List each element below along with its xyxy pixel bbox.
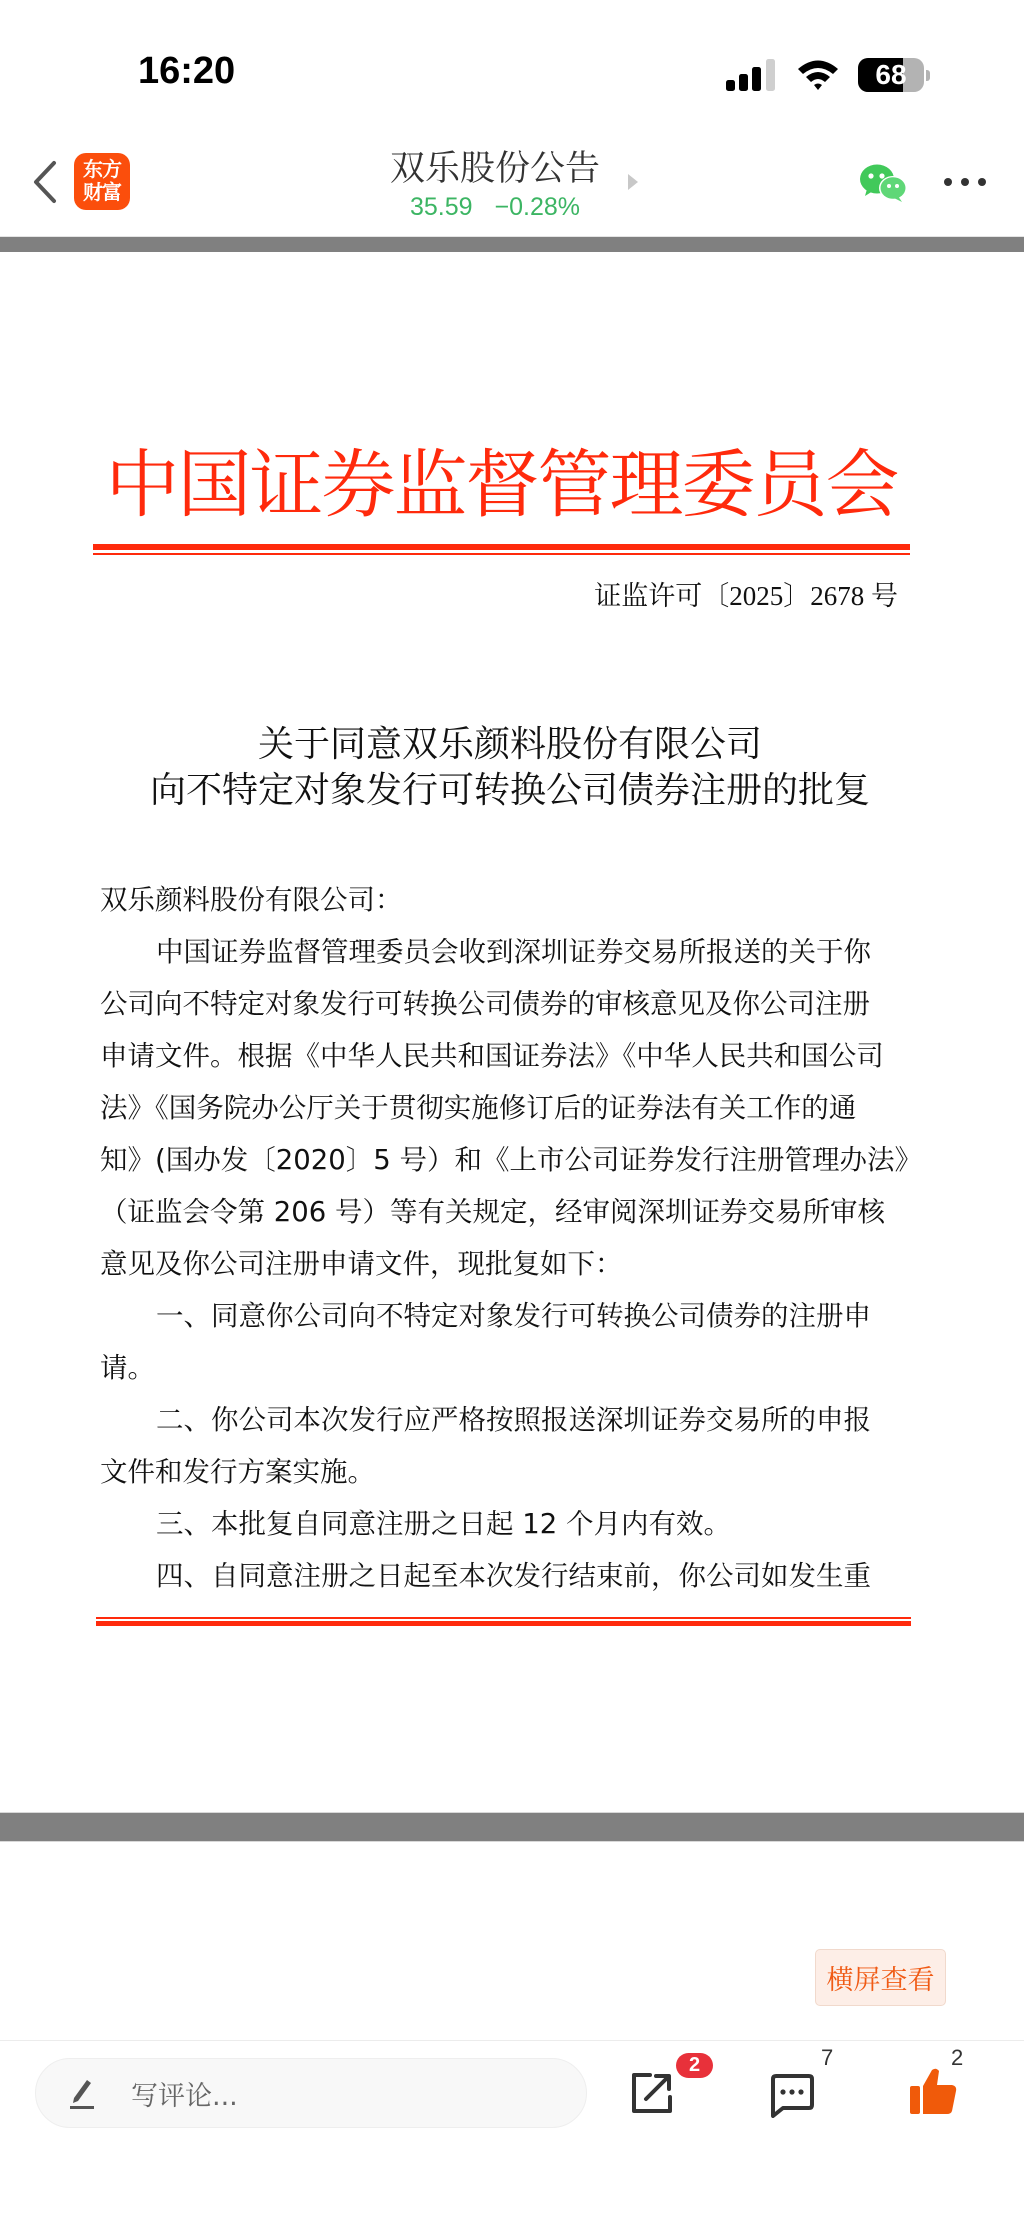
comment-input[interactable]: 写评论... — [35, 2058, 587, 2128]
bottom-bar-divider — [0, 2040, 1024, 2041]
chevron-left-icon[interactable] — [30, 160, 60, 204]
app-logo[interactable]: 东方 财富 — [74, 153, 130, 210]
status-time: 16:20 — [138, 50, 235, 93]
document-body: 双乐颜料股份有限公司： 中国证券监督管理委员会收到深圳证券交易所报送的关于你 公… — [100, 874, 912, 1602]
body-line: 法》《国务院办公厅关于贯彻实施修订后的证券法有关工作的通 — [100, 1082, 912, 1134]
body-line: 知》(国办发〔2020〕5 号）和《上市公司证券发行注册管理办法》 — [100, 1134, 912, 1186]
body-line: 中国证券监督管理委员会收到深圳证券交易所报送的关于你 — [100, 926, 912, 978]
body-line: 四、自同意注册之日起至本次发行结束前，你公司如发生重 — [100, 1550, 912, 1602]
share-badge: 2 — [676, 2053, 713, 2078]
body-line: 双乐颜料股份有限公司： — [100, 874, 912, 926]
cellular-signal-icon — [726, 58, 778, 92]
landscape-view-button[interactable]: 横屏查看 — [815, 1949, 946, 2006]
document-title-line1: 关于同意双乐颜料股份有限公司 — [80, 722, 940, 768]
body-line: 申请文件。根据《中华人民共和国证券法》《中华人民共和国公司 — [100, 1030, 912, 1082]
share-icon[interactable] — [630, 2071, 676, 2115]
body-line: 文件和发行方案实施。 — [100, 1446, 912, 1498]
body-line: 公司向不特定对象发行可转换公司债券的审核意见及你公司注册 — [100, 978, 912, 1030]
thumbs-up-icon[interactable] — [908, 2066, 958, 2116]
app-logo-line1: 东方 — [74, 158, 130, 181]
body-line: 一、同意你公司向不特定对象发行可转换公司债券的注册申 — [100, 1290, 912, 1342]
document-issuer: 中国证券监督管理委员会 — [93, 440, 910, 530]
wechat-icon[interactable] — [858, 163, 910, 203]
document-title: 关于同意双乐颜料股份有限公司 向不特定对象发行可转换公司债券注册的批复 — [80, 722, 940, 814]
like-count: 2 — [951, 2045, 963, 2071]
body-line: 意见及你公司注册申请文件，现批复如下： — [100, 1238, 912, 1290]
document-title-line2: 向不特定对象发行可转换公司债券注册的批复 — [80, 768, 940, 814]
status-icons: 68 — [726, 56, 930, 94]
pencil-icon — [68, 2076, 96, 2110]
comment-placeholder: 写评论... — [131, 2074, 238, 2113]
stock-quote[interactable]: 35.59−0.28% — [300, 193, 690, 222]
more-horizontal-icon[interactable] — [944, 172, 986, 192]
caret-right-icon[interactable] — [628, 174, 638, 190]
page-separator-bottom — [0, 1812, 1024, 1842]
comment-count: 7 — [821, 2045, 833, 2071]
battery-icon: 68 — [858, 58, 924, 92]
comment-icon[interactable] — [769, 2073, 815, 2118]
body-line: 二、你公司本次发行应严格按照报送深圳证券交易所的申报 — [100, 1394, 912, 1446]
page-separator-top — [0, 236, 1024, 252]
battery-cap — [926, 70, 930, 81]
stock-price: 35.59 — [410, 193, 473, 221]
red-rule-top — [93, 544, 910, 555]
red-rule-bottom — [96, 1617, 911, 1626]
nav-header: 东方 财富 双乐股份公告 35.59−0.28% — [0, 130, 1024, 236]
battery-level: 68 — [858, 58, 924, 92]
stock-change: −0.28% — [495, 193, 581, 221]
document-number: 证监许可〔2025〕2678 号 — [594, 574, 898, 613]
body-line: 请。 — [100, 1342, 912, 1394]
wifi-icon — [796, 58, 840, 92]
app-logo-line2: 财富 — [74, 181, 130, 204]
body-line: 三、本批复自同意注册之日起 12 个月内有效。 — [100, 1498, 912, 1550]
body-line: （证监会令第 206 号）等有关规定，经审阅深圳证券交易所审核 — [100, 1186, 912, 1238]
